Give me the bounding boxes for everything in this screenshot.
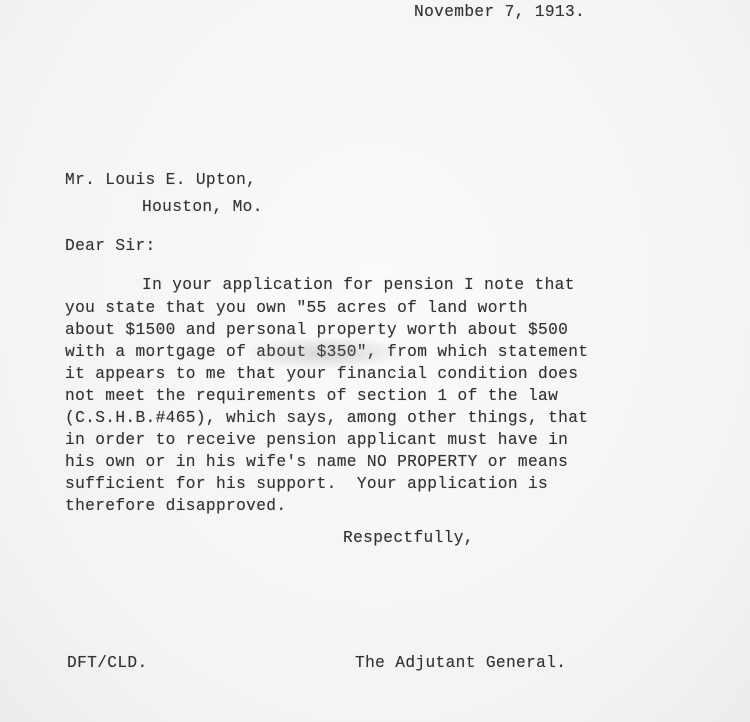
body-line: therefore disapproved. <box>65 498 286 514</box>
body-line: not meet the requirements of section 1 o… <box>65 388 558 404</box>
body-line: you state that you own "55 acres of land… <box>65 300 528 316</box>
recipient-name: Mr. Louis E. Upton, <box>65 172 256 188</box>
closing: Respectfully, <box>343 530 474 546</box>
signature: The Adjutant General. <box>355 655 566 671</box>
body-line: about $1500 and personal property worth … <box>65 322 568 338</box>
body-line: in order to receive pension applicant mu… <box>65 432 568 448</box>
body-line: his own or in his wife's name NO PROPERT… <box>65 454 568 470</box>
body-line: (C.S.H.B.#465), which says, among other … <box>65 410 588 426</box>
body-line: with a mortgage of about $350", from whi… <box>65 344 588 360</box>
salutation: Dear Sir: <box>65 238 156 254</box>
reference-initials: DFT/CLD. <box>67 655 148 671</box>
recipient-location: Houston, Mo. <box>142 199 263 215</box>
body-line: it appears to me that your financial con… <box>65 366 578 382</box>
body-line: sufficient for his support. Your applica… <box>65 476 548 492</box>
body-line: In your application for pension I note t… <box>142 277 575 293</box>
letter-page: November 7, 1913. Mr. Louis E. Upton, Ho… <box>0 0 750 722</box>
letter-date: November 7, 1913. <box>414 4 585 20</box>
